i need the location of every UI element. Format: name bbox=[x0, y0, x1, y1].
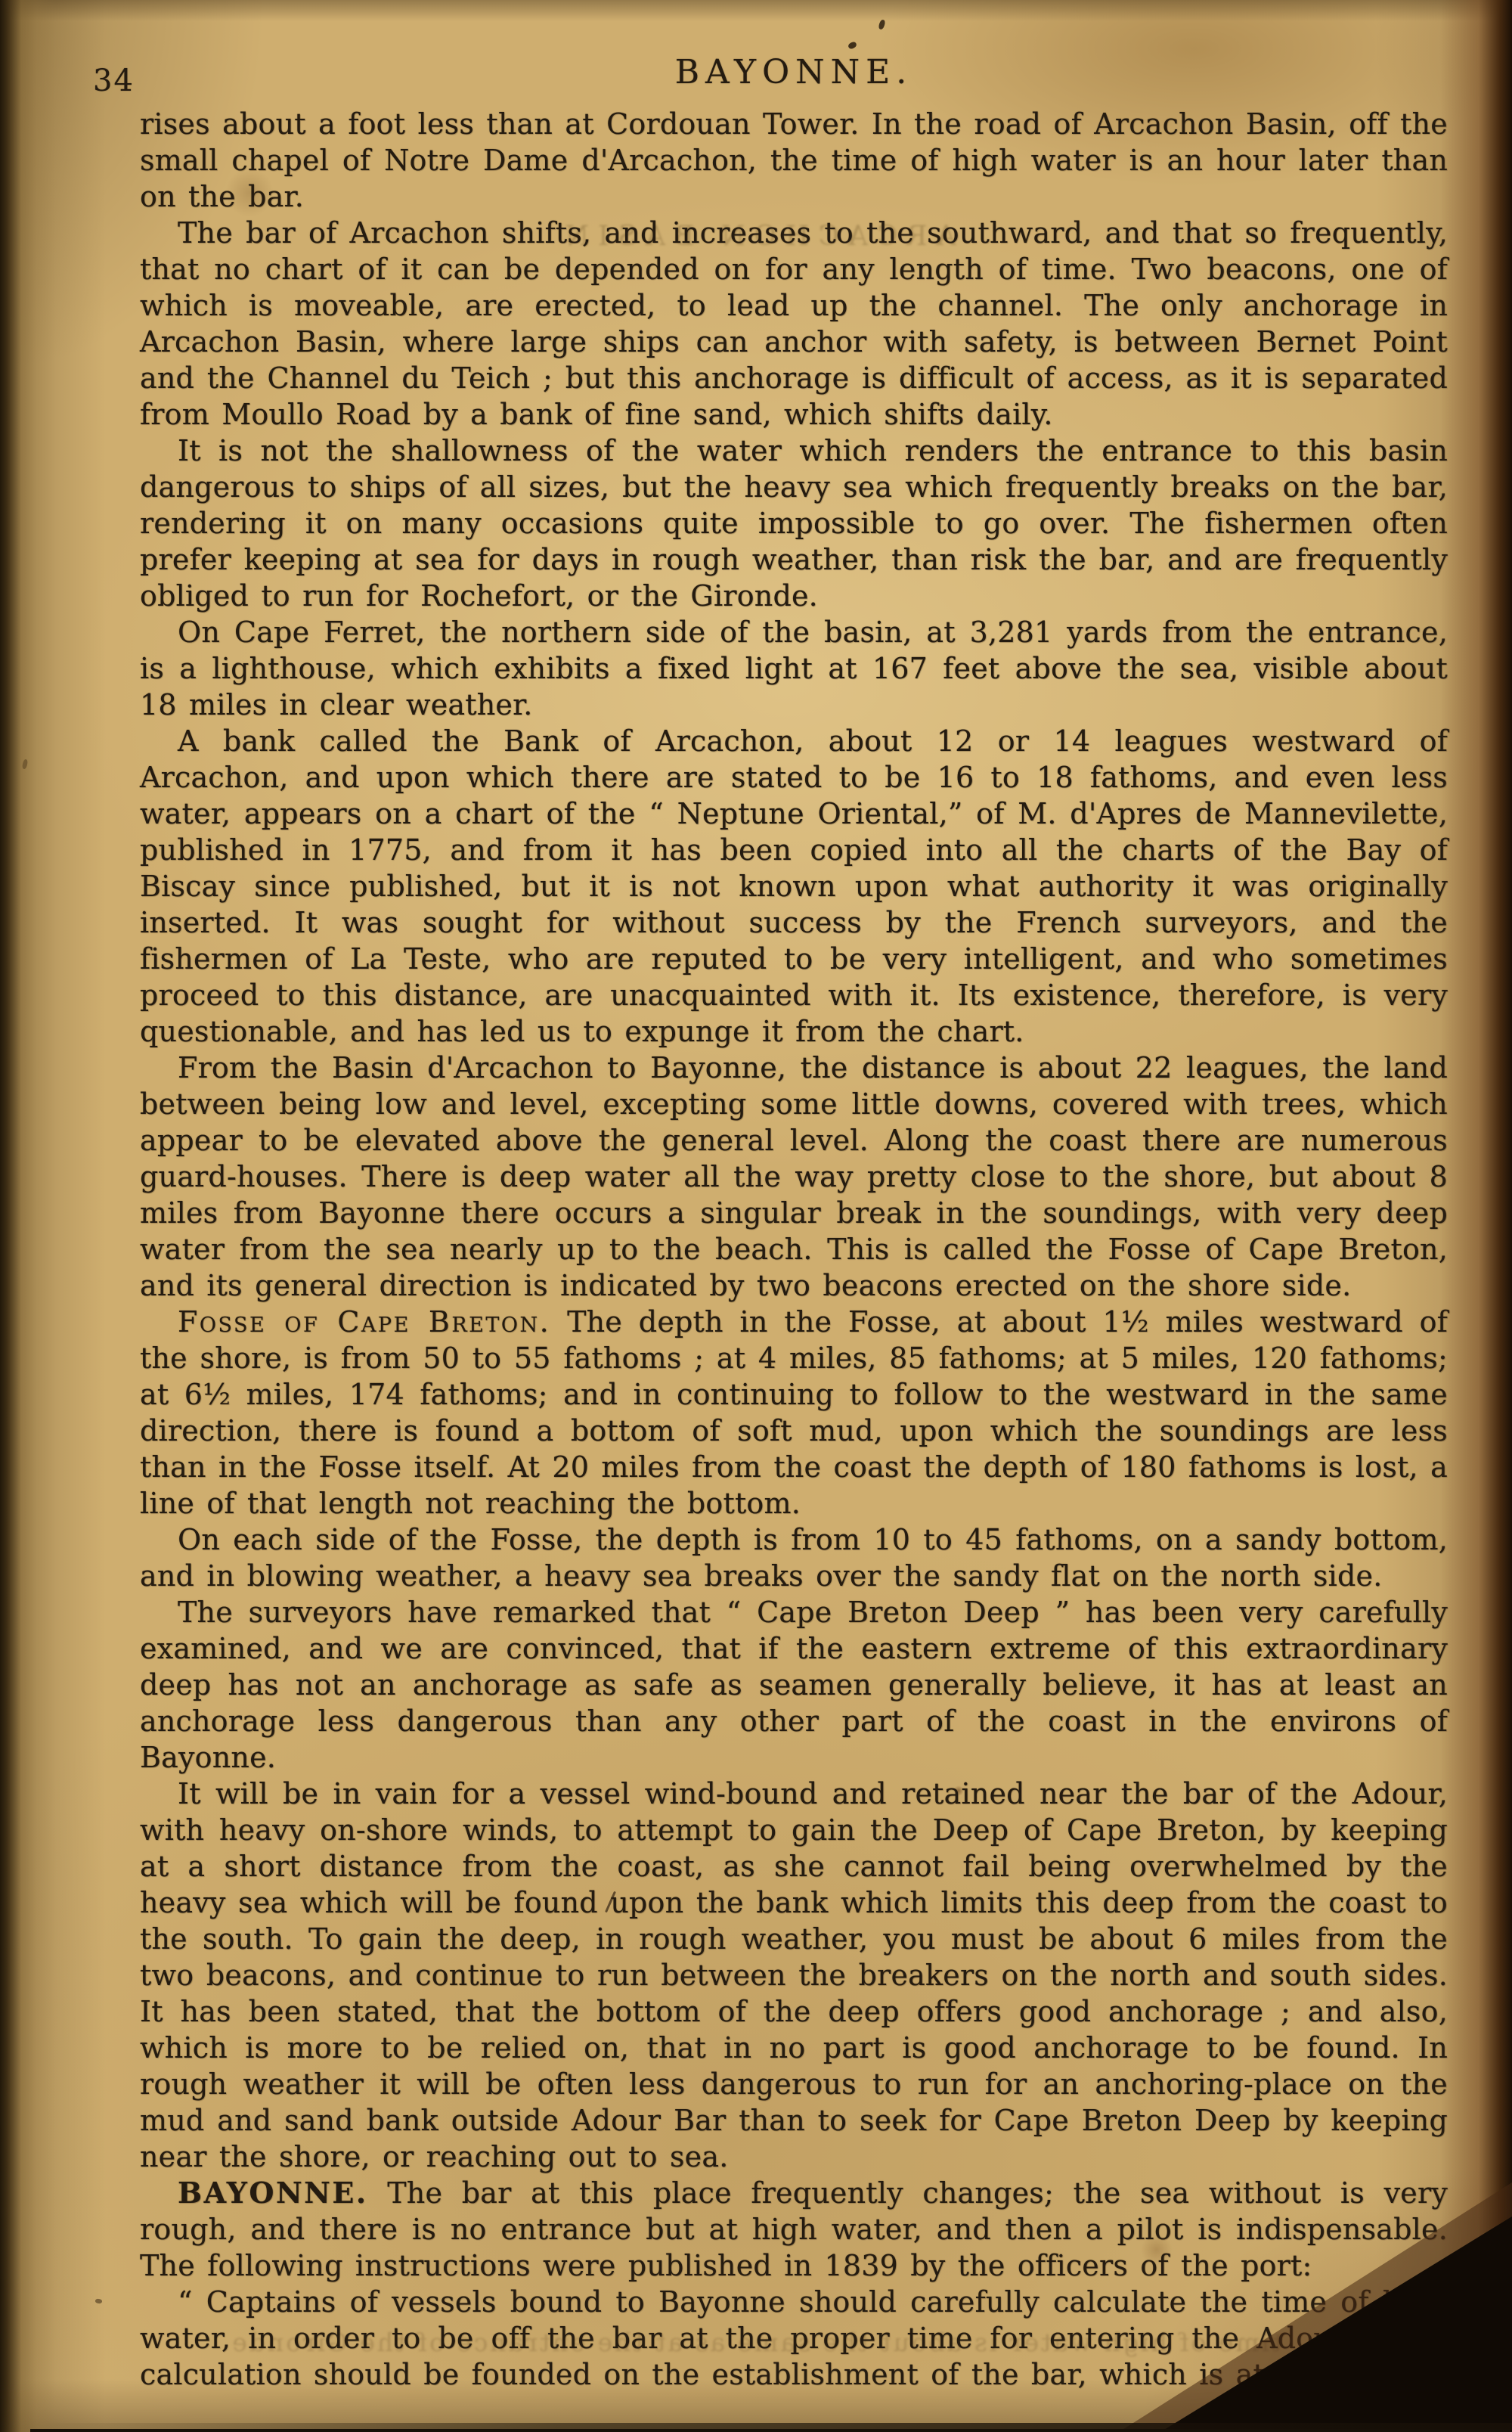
paragraph-1: rises about a foot less than at Cordouan… bbox=[140, 106, 1448, 215]
page-number: 34 bbox=[93, 64, 135, 98]
paragraph-text: It is not the shallowness of the water w… bbox=[140, 434, 1448, 613]
paragraph-text: rises about a foot less than at Cordouan… bbox=[140, 107, 1448, 213]
book-binding-shadow bbox=[0, 0, 56, 2432]
paragraph-text: On each side of the Fosse, the depth is … bbox=[140, 1523, 1448, 1593]
paragraph-text: The surveyors have remarked that “ Cape … bbox=[140, 1596, 1448, 1774]
paragraph-text: A bank called the Bank of Arcachon, abou… bbox=[140, 724, 1448, 1048]
paragraph-text: The bar of Arcachon shifts, and increase… bbox=[140, 216, 1448, 431]
paragraph-12: “ Captains of vessels bound to Bayonne s… bbox=[140, 2284, 1448, 2393]
paragraph-3: It is not the shallowness of the water w… bbox=[140, 433, 1448, 614]
paragraph-text: “ Captains of vessels bound to Bayonne s… bbox=[140, 2285, 1448, 2391]
paragraph-text: It will be in vain for a vessel wind-bou… bbox=[140, 1777, 1448, 2173]
text-block: rises about a foot less than at Cordouan… bbox=[140, 106, 1448, 2393]
scan-background-bottom-edge bbox=[42, 2423, 1512, 2432]
paragraph-text: From the Basin d'Arcachon to Bayonne, th… bbox=[140, 1051, 1448, 1302]
paragraph-8: On each side of the Fosse, the depth is … bbox=[140, 1522, 1448, 1594]
paragraph-7: Fosse of Cape Breton. The depth in the F… bbox=[140, 1304, 1448, 1522]
paragraph-text: On Cape Ferret, the northern side of the… bbox=[140, 616, 1448, 721]
book-page-scan: ARCACHON BASIN time of high water is abo… bbox=[0, 0, 1512, 2432]
ink-speck bbox=[95, 2298, 103, 2303]
paragraph-5: A bank called the Bank of Arcachon, abou… bbox=[140, 723, 1448, 1050]
running-head: 34 BAYONNE. bbox=[140, 0, 1448, 113]
paragraph-11: BAYONNE. The bar at this place frequentl… bbox=[140, 2175, 1448, 2284]
ink-speck bbox=[22, 759, 29, 770]
bayonne-section-lead: BAYONNE. bbox=[178, 2176, 368, 2210]
fosse-section-lead: Fosse of Cape Breton. bbox=[178, 1305, 550, 1339]
paragraph-10: It will be in vain for a vessel wind-bou… bbox=[140, 1776, 1448, 2175]
paragraph-2: The bar of Arcachon shifts, and increase… bbox=[140, 215, 1448, 433]
paragraph-6: From the Basin d'Arcachon to Bayonne, th… bbox=[140, 1050, 1448, 1304]
paragraph-9: The surveyors have remarked that “ Cape … bbox=[140, 1594, 1448, 1776]
paragraph-4: On Cape Ferret, the northern side of the… bbox=[140, 614, 1448, 723]
page-title: BAYONNE. bbox=[140, 53, 1448, 92]
page-edge-right-shadow bbox=[1440, 0, 1512, 2432]
scan-background-bottom-line bbox=[30, 2429, 1512, 2432]
